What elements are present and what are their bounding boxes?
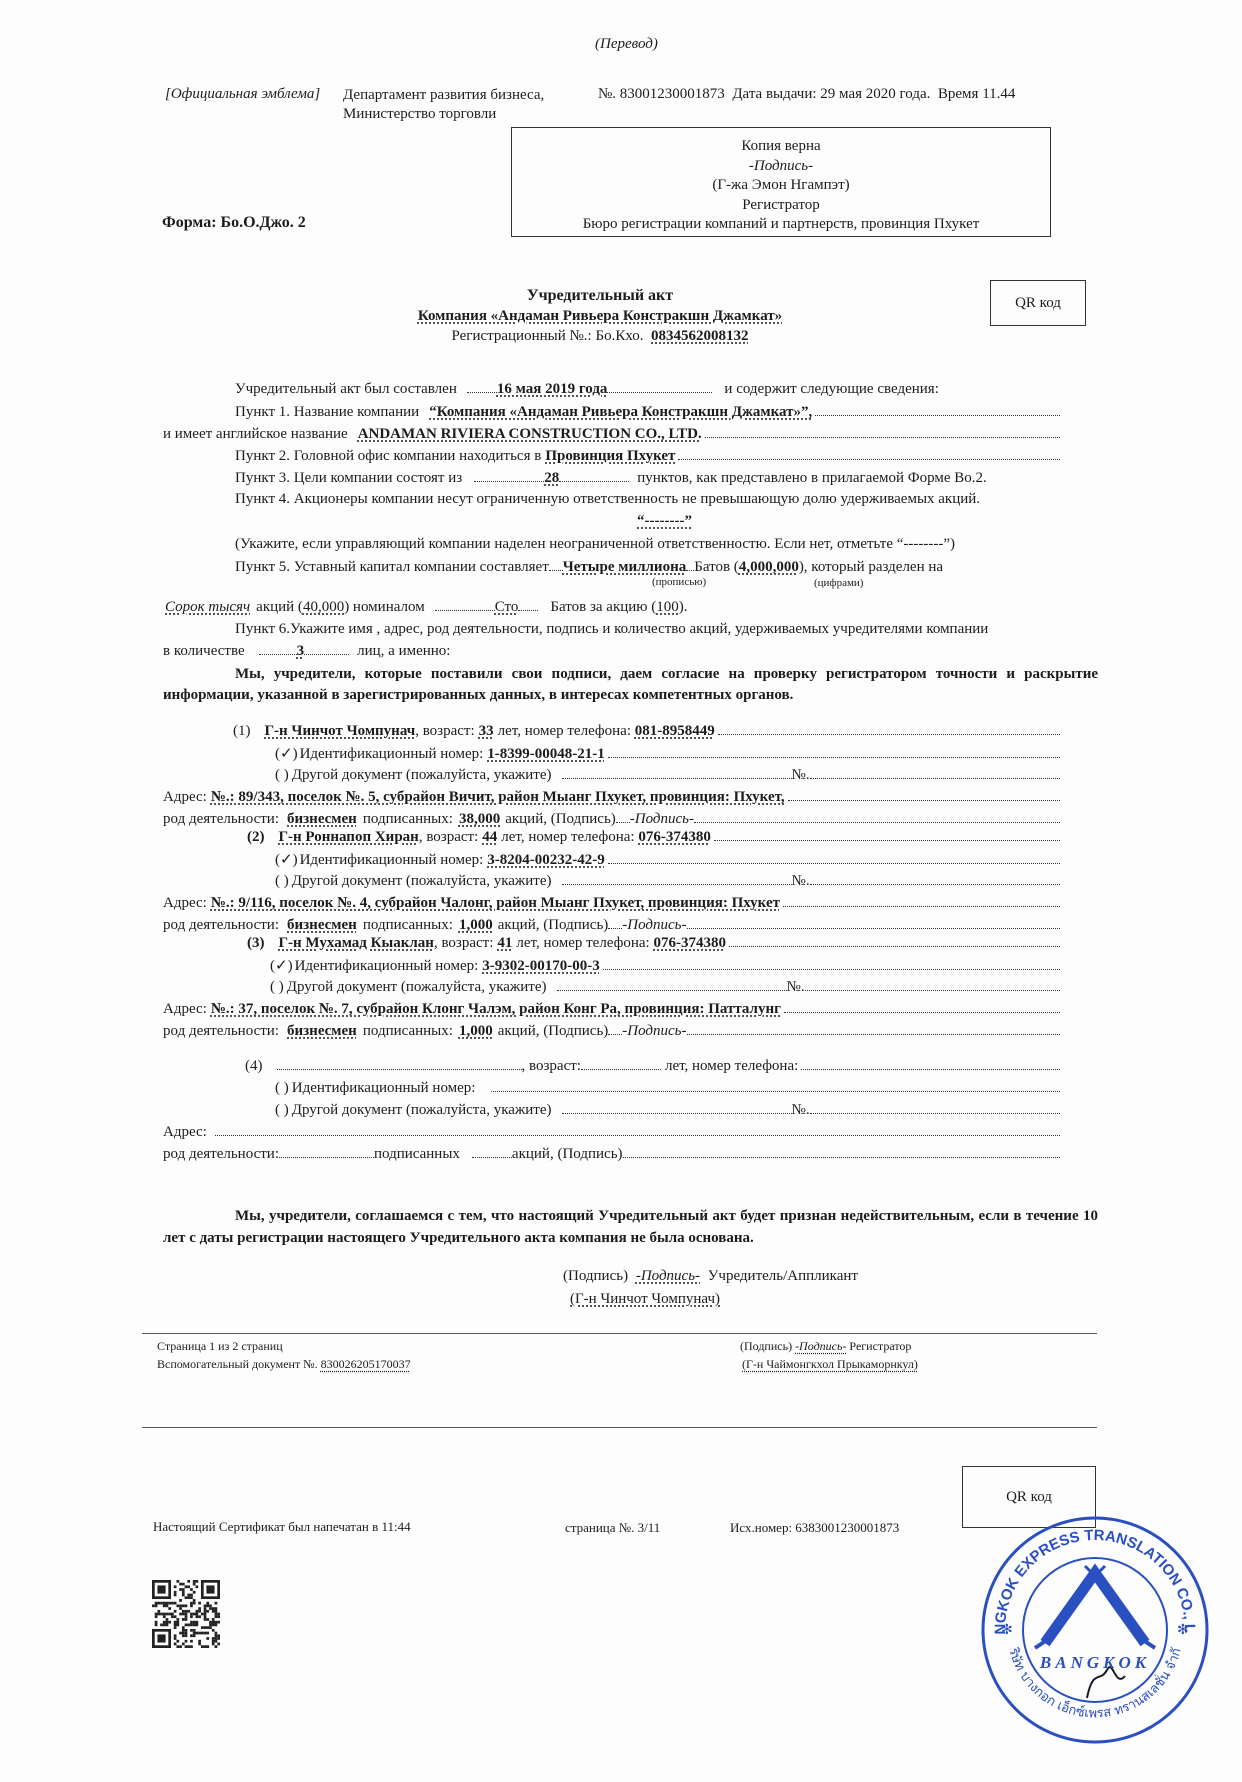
founder-4-other-doc-checkbox: ( )	[275, 1102, 289, 1119]
founder-occupation-label: род деятельности:	[163, 1023, 279, 1040]
founder-index: (3)	[247, 935, 265, 952]
founder-name: Г-н Мухамад Кыаклан	[279, 935, 434, 952]
founders-count-suffix: лиц, а именно:	[357, 643, 450, 660]
applicant-sig-prefix: (Подпись)	[563, 1268, 628, 1284]
founder-phone-label: лет, номер телефона	[516, 935, 645, 952]
point-1-company-name: “Компания «Андаман Ривьера Констракшн Дж…	[429, 404, 812, 421]
support-doc-number: 830026205170037	[321, 1357, 411, 1371]
point-4-note: (Укажите, если управляющий компании наде…	[235, 536, 955, 553]
point-1-label: Пункт 1. Название компании	[235, 404, 419, 421]
applicant-name: (Г-н Чинчот Чомпунач)	[570, 1291, 720, 1308]
point-3-suffix: пунктов, как представлено в прилагаемой …	[637, 470, 987, 487]
point-1-english-name: ANDAMAN RIVIERA CONSTRUCTION CO., LTD.	[358, 426, 702, 443]
official-emblem-placeholder: [Официальная эмблема]	[165, 86, 320, 103]
founder-id-line: (✓) Идентификационный номер: 1-8399-0004…	[275, 744, 1060, 763]
founders-count-label: в количестве	[163, 643, 245, 660]
founder-name: Г-н Чинчот Чомпунач	[265, 723, 416, 740]
founder-4-number-sign: №.	[792, 1102, 810, 1119]
shares-label: акций (	[256, 599, 303, 616]
applicant-role: Учредитель/Аппликант	[708, 1268, 858, 1284]
founder-4-id-checkbox: ( )	[275, 1080, 289, 1097]
founder-other-doc-checkbox: ( )	[270, 979, 284, 996]
page-of: Страница 1 из 2 страниц	[157, 1339, 283, 1354]
founder-address: №.: 89/343, поселок №. 5, субрайон Вичит…	[211, 789, 785, 806]
founder-phone: 076-374380	[638, 829, 711, 846]
founder-id-number: 1-8399-00048-21-1	[487, 746, 604, 763]
founder-4-other-doc-line: ( ) Другой документ (пожалуйста, укажите…	[275, 1101, 1060, 1119]
consent-paragraph: Мы, учредители, которые поставили свои п…	[163, 664, 1098, 706]
founder-4-shares-label: акций, (Подпись)	[512, 1146, 623, 1163]
certified-signature: -Подпись-	[512, 157, 1050, 177]
capital-words: Четыре миллиона	[563, 559, 686, 576]
founder-4-id-line: ( ) Идентификационный номер:	[275, 1079, 1060, 1097]
nominal-currency: Батов за акцию (	[550, 599, 656, 616]
founder-occupation: бизнесмен	[287, 811, 357, 828]
founder-name-line: (3) Г-н Мухамад Кыаклан , возраст: 41 ле…	[247, 934, 1060, 952]
founder-shares-label: акций, (Подпись)	[505, 811, 616, 828]
founder-other-doc-checkbox: ( )	[275, 767, 289, 784]
translation-mark: (Перевод)	[595, 36, 658, 53]
founder-occupation-line: род деятельности: бизнесмен подписанных:…	[163, 1022, 1060, 1040]
founder-id-line: (✓) Идентификационный номер: 3-9302-0017…	[270, 956, 1060, 975]
founder-id-checkbox: (✓)	[270, 956, 293, 975]
founder-address-line: Адрес: №.: 9/116, поселок №. 4, субрайон…	[163, 894, 1060, 912]
intro-line: Учредительный акт был составлен 16 мая 2…	[235, 380, 1065, 398]
point-3-line: Пункт 3. Цели компании состоят из 28 пун…	[235, 469, 1065, 487]
registrar-name: (Г-н Чаймонгкхол Прыкаморнкул)	[742, 1357, 918, 1372]
doc-number: №. 83001230001873	[598, 86, 725, 102]
nominal-label: ) номиналом	[344, 599, 425, 616]
point-1-english-label: и имеет английское название	[163, 426, 348, 443]
point-2-line: Пункт 2. Головной офис компании находить…	[235, 447, 1060, 465]
stamp-center-text: BANGKOK	[1039, 1653, 1150, 1672]
founder-address-label: Адрес:	[163, 1001, 207, 1018]
founder-age: 41	[497, 935, 512, 952]
founder-address-line: Адрес: №.: 89/343, поселок №. 5, субрайо…	[163, 788, 1060, 806]
founder-address: №.: 37, поселок №. 7, субрайон Клонг Чал…	[211, 1001, 781, 1018]
supporting-document: Вспомогательный документ №. 830026205170…	[157, 1357, 411, 1372]
founder-shares: 1,000	[459, 917, 493, 934]
founder-other-doc-checkbox: ( )	[275, 873, 289, 890]
founder-other-doc-line: ( ) Другой документ (пожалуйста, укажите…	[275, 872, 1060, 890]
footer-rule-bottom	[142, 1427, 1097, 1428]
founder-subscribed-label: подписанных:	[363, 917, 453, 934]
qr-code-icon	[152, 1580, 220, 1653]
founder-4-index: (4)	[245, 1058, 263, 1075]
point-5-suffix: ), который разделен на	[799, 559, 943, 576]
nominal-end: ).	[679, 599, 688, 616]
printed-at: Настоящий Сертификат был напечатан в 11:…	[153, 1519, 411, 1535]
department-line-2: Министерство торговли	[343, 105, 544, 124]
registrar-signature: -Подпись-	[795, 1339, 846, 1353]
founder-subscribed-label: подписанных:	[363, 811, 453, 828]
founder-number-sign: №.	[787, 979, 805, 996]
founders-count: 3	[297, 643, 305, 660]
svg-text:✻: ✻	[1177, 1623, 1189, 1638]
founder-occupation: бизнесмен	[287, 1023, 357, 1040]
founder-4-name-line: (4) , возраст: лет, номер телефона:	[245, 1057, 1060, 1075]
founder-age-label: , возраст:	[415, 723, 474, 740]
founder-age: 44	[482, 829, 497, 846]
issue-time: Время 11.44	[938, 86, 1016, 102]
founder-signature: -Подпись-	[622, 917, 686, 934]
capital-digits: 4,000,000	[739, 559, 799, 576]
founder-4-id-label: Идентификационный номер:	[292, 1080, 476, 1097]
founder-occupation-label: род деятельности:	[163, 811, 279, 828]
founder-occupation-line: род деятельности: бизнесмен подписанных:…	[163, 916, 1060, 934]
founder-index: (1)	[233, 723, 251, 740]
registrar-sig-prefix: (Подпись)	[740, 1339, 792, 1353]
department-block: Департамент развития бизнеса, Министерст…	[343, 86, 544, 124]
founder-subscribed-label: подписанных:	[363, 1023, 453, 1040]
founder-age-label: , возраст:	[419, 829, 478, 846]
shares-digits: 40,000	[303, 599, 344, 616]
point-3-value: 28	[544, 470, 559, 487]
form-code: Форма: Бо.О.Джо. 2	[162, 214, 306, 232]
founder-other-doc-label: Другой документ (пожалуйста, укажите)	[292, 767, 552, 784]
support-doc-label: Вспомогательный документ №.	[157, 1357, 318, 1371]
applicant-signature-line: (Подпись) -Подпись- Учредитель/Аппликант	[563, 1268, 858, 1285]
point-5-line: Пункт 5. Уставный капитал компании соста…	[235, 558, 943, 576]
company-name: Компания «Андаман Ривьера Констракшн Джа…	[350, 306, 850, 326]
point-2-label: Пункт 2. Головной офис компании находить…	[235, 448, 541, 465]
registration-label: Регистрационный №.: Бо.Кхо.	[451, 328, 643, 344]
founder-id-checkbox: (✓)	[275, 744, 298, 763]
founder-phone-label: лет, номер телефона	[501, 829, 630, 846]
founder-address-label: Адрес:	[163, 895, 207, 912]
founder-4-subscribed-label: подписанных	[374, 1146, 460, 1163]
founder-address-label: Адрес:	[163, 789, 207, 806]
registrar-signature-line: (Подпись) -Подпись- Регистратор	[740, 1339, 911, 1354]
founder-address: №.: 9/116, поселок №. 4, субрайон Чалонг…	[211, 895, 780, 912]
founder-id-label: Идентификационный номер:	[300, 746, 484, 763]
nominal-words: Сто	[495, 599, 519, 616]
capital-digits-caption: (цифрами)	[814, 577, 863, 589]
founder-age-label: , возраст:	[434, 935, 493, 952]
translation-agency-stamp-icon: BANGKOK EXPRESS TRANSLATION CO., LTD. บร…	[975, 1508, 1215, 1753]
founder-id-label: Идентификационный номер:	[295, 958, 479, 975]
founder-name-line: (1) Г-н Чинчот Чомпунач , возраст: 33 ле…	[233, 722, 1060, 740]
founder-shares: 1,000	[459, 1023, 493, 1040]
intro-date: 16 мая 2019 года	[497, 381, 608, 398]
shares-line: Сорок тысяч акций ( 40,000 ) номиналом С…	[165, 598, 687, 616]
founder-shares-label: акций, (Подпись)	[498, 917, 609, 934]
founders-count-line: в количестве 3 лиц, а именно:	[163, 642, 450, 660]
founder-4-occupation-line: род деятельности: подписанных акций, (По…	[163, 1145, 1060, 1163]
founder-number-sign: №.	[792, 767, 810, 784]
founder-4-occupation-label: род деятельности:	[163, 1146, 279, 1163]
certified-copy-box: Копия верна -Подпись- (Г-жа Эмон Нгампэт…	[511, 127, 1051, 237]
founder-signature: -Подпись-	[622, 1023, 686, 1040]
founder-phone-label: лет, номер телефона	[498, 723, 627, 740]
founder-id-number: 3-8204-00232-42-9	[487, 852, 604, 869]
registration-value: 0834562008132	[651, 328, 749, 344]
svg-text:✻: ✻	[1001, 1623, 1013, 1638]
founder-occupation: бизнесмен	[287, 917, 357, 934]
point-4-text: Пункт 4. Акционеры компании несут ограни…	[235, 491, 980, 508]
founder-4-phone-label: лет, номер телефона	[665, 1058, 794, 1075]
document-number: №. 83001230001873 Дата выдачи: 29 мая 20…	[598, 86, 1015, 103]
founder-phone: 081-8958449	[635, 723, 715, 740]
page-number: страница №. 3/11	[565, 1520, 660, 1536]
capital-currency: Батов (	[694, 559, 739, 576]
founder-occupation-line: род деятельности: бизнесмен подписанных:…	[163, 810, 1060, 828]
founder-4-age-label: , возраст:	[522, 1058, 581, 1075]
title-block: Учредительный акт Компания «Андаман Ривь…	[350, 286, 850, 346]
founder-signature: -Подпись-	[630, 811, 694, 828]
founder-other-doc-label: Другой документ (пожалуйста, укажите)	[287, 979, 547, 996]
point-2-value: Провинция Пхукет	[545, 448, 675, 465]
certified-registrar-role: Регистратор	[512, 196, 1050, 216]
founder-id-number: 3-9302-00170-00-3	[482, 958, 599, 975]
point-1-line: Пункт 1. Название компании “Компания «Ан…	[235, 403, 1060, 421]
founder-id-label: Идентификационный номер:	[300, 852, 484, 869]
point-6-text: Пункт 6.Укажите имя , адрес, род деятель…	[235, 621, 988, 638]
certified-registrar-name: (Г-жа Эмон Нгампэт)	[512, 176, 1050, 196]
founder-shares-label: акций, (Подпись)	[498, 1023, 609, 1040]
department-line-1: Департамент развития бизнеса,	[343, 86, 544, 105]
founder-name: Г-н Роннапоп Хиран	[279, 829, 419, 846]
point-1-english-line: и имеет английское название ANDAMAN RIVI…	[163, 425, 1060, 443]
founder-other-doc-line: ( ) Другой документ (пожалуйста, укажите…	[270, 978, 1060, 996]
founder-id-line: (✓) Идентификационный номер: 3-8204-0023…	[275, 850, 1060, 869]
founder-address-line: Адрес: №.: 37, поселок №. 7, субрайон Кл…	[163, 1000, 1060, 1018]
founder-number-sign: №.	[792, 873, 810, 890]
point-5-label: Пункт 5. Уставный капитал компании соста…	[235, 559, 549, 576]
founder-other-doc-label: Другой документ (пожалуйста, укажите)	[292, 873, 552, 890]
outgoing-number: Исх.номер: 6383001230001873	[730, 1520, 899, 1536]
intro-suffix: и содержит следующие сведения:	[724, 381, 938, 398]
capital-words-caption: (прописью)	[652, 576, 706, 588]
shares-words: Сорок тысяч	[165, 599, 250, 616]
footer-rule-top	[142, 1333, 1097, 1334]
point-3-label: Пункт 3. Цели компании состоят из	[235, 470, 462, 487]
founder-age: 33	[479, 723, 494, 740]
certified-registrar-bureau: Бюро регистрации компаний и партнерств, …	[512, 215, 1050, 235]
registrar-role: Регистратор	[849, 1339, 911, 1353]
point-4-mark: “--------”	[637, 513, 692, 530]
applicant-signature: -Подпись-	[636, 1268, 700, 1284]
issue-date: Дата выдачи: 29 мая 2020 года.	[732, 86, 930, 102]
founder-name-line: (2) Г-н Роннапоп Хиран , возраст: 44 лет…	[247, 828, 1060, 846]
registration-number: Регистрационный №.: Бо.Кхо. 083456200813…	[350, 326, 850, 346]
founder-shares: 38,000	[459, 811, 500, 828]
certified-copy-label: Копия верна	[512, 137, 1050, 157]
founder-4-address-label: Адрес:	[163, 1124, 207, 1141]
founder-4-address-line: Адрес:	[163, 1123, 1060, 1141]
founder-other-doc-line: ( ) Другой документ (пожалуйста, укажите…	[275, 766, 1060, 784]
intro-prefix: Учредительный акт был составлен	[235, 381, 457, 398]
nominal-digits: 100	[656, 599, 679, 616]
founder-4-other-doc-label: Другой документ (пожалуйста, укажите)	[292, 1102, 552, 1119]
qr-code-placeholder-top: QR код	[990, 280, 1086, 326]
founder-phone: 076-374380	[653, 935, 726, 952]
founder-index: (2)	[247, 829, 265, 846]
founder-id-checkbox: (✓)	[275, 850, 298, 869]
document-title: Учредительный акт	[350, 286, 850, 306]
founder-occupation-label: род деятельности:	[163, 917, 279, 934]
agreement-paragraph: Мы, учредители, соглашаемся с тем, что н…	[163, 1205, 1098, 1249]
